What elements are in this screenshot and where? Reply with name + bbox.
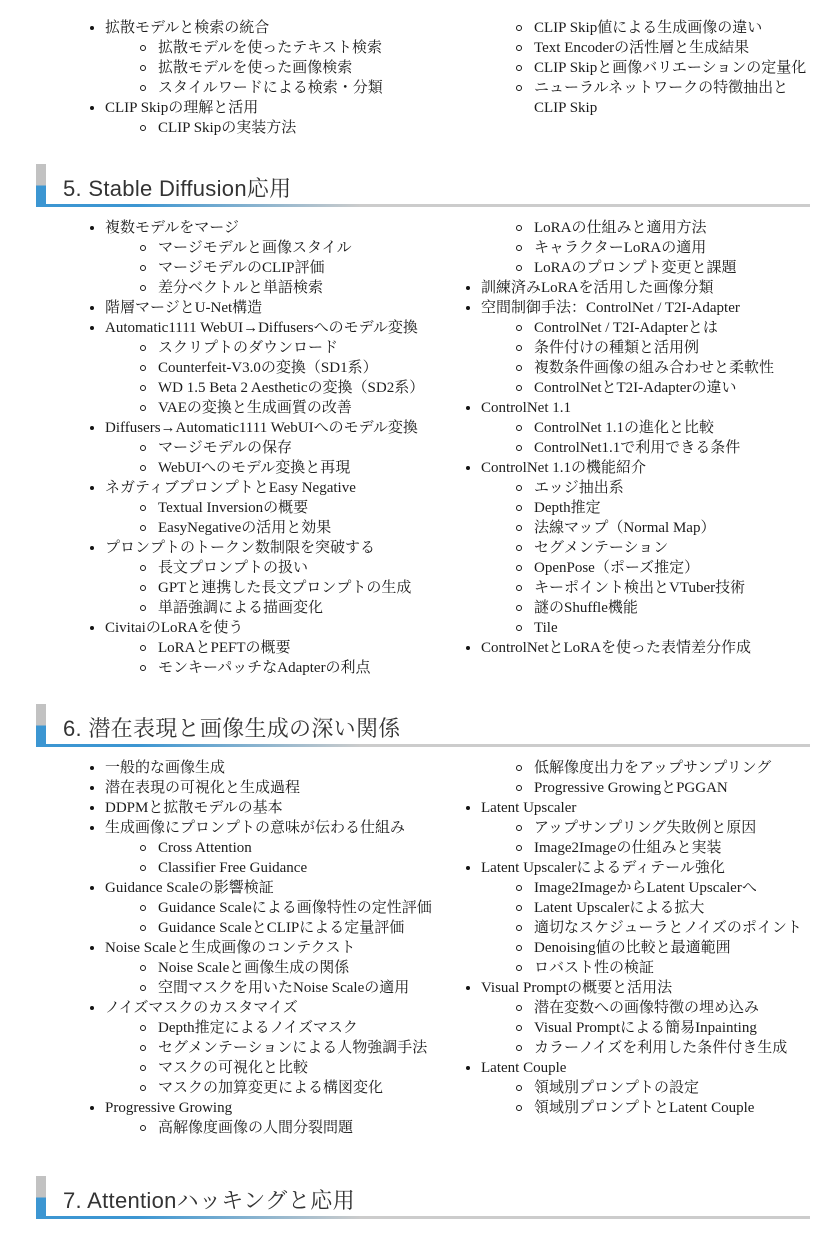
toc-item-text: DDPMと拡散モデルの基本 — [105, 800, 283, 816]
toc-item: 空間制御手法：ControlNet / T2I-Adapter — [456, 298, 810, 318]
circle-bullet-icon — [516, 825, 522, 831]
toc-item: Guidance Scaleの影響検証 — [80, 878, 434, 898]
toc-item: CLIP Skipと画像バリエーションの定量化 — [456, 58, 810, 78]
disc-bullet-icon — [90, 306, 94, 310]
toc-item-text: ControlNet1.1で利用できる条件 — [534, 440, 740, 456]
circle-bullet-icon — [516, 25, 522, 31]
disc-bullet-icon — [90, 226, 94, 230]
toc-item: 潜在変数への画像特徴の埋め込み — [456, 998, 810, 1018]
circle-bullet-icon — [516, 225, 522, 231]
circle-bullet-icon — [516, 325, 522, 331]
toc-column-right: CLIP Skip値による生成画像の違いText Encoderの活性層と生成結… — [456, 18, 810, 138]
toc-item: Guidance Scaleによる画像特性の定性評価 — [80, 898, 434, 918]
toc-item: DDPMと拡散モデルの基本 — [80, 798, 434, 818]
toc-item: ControlNet1.1で利用できる条件 — [456, 438, 810, 458]
circle-bullet-icon — [140, 985, 146, 991]
toc-item-text: カラーノイズを利用した条件付き生成 — [534, 1040, 787, 1056]
toc-item-text: エッジ抽出系 — [534, 480, 624, 496]
toc-item-text: Image2Imageの仕組みと実装 — [534, 840, 721, 856]
toc-item-text: ノイズマスクのカスタマイズ — [105, 1000, 298, 1016]
section-5: 5. Stable Diffusion応用複数モデルをマージマージモデルと画像ス… — [0, 164, 840, 678]
circle-bullet-icon — [140, 665, 146, 671]
toc-item-text: EasyNegativeの活用と効果 — [158, 520, 331, 536]
toc-item-text: マスクの加算変更による構図変化 — [158, 1080, 383, 1096]
disc-bullet-icon — [466, 286, 470, 290]
toc-item-text: 謎のShuffle機能 — [534, 600, 638, 616]
circle-bullet-icon — [140, 645, 146, 651]
disc-bullet-icon — [90, 26, 94, 30]
toc-item: モンキーパッチなAdapterの利点 — [80, 658, 434, 678]
toc-item: Text Encoderの活性層と生成結果 — [456, 38, 810, 58]
toc-item-text: Noise Scaleと生成画像のコンテクスト — [105, 940, 355, 956]
circle-bullet-icon — [516, 505, 522, 511]
disc-bullet-icon — [90, 426, 94, 430]
circle-bullet-icon — [140, 365, 146, 371]
toc-item: 差分ベクトルと単語検索 — [80, 278, 434, 298]
toc-item-text: ニューラルネットワークの特徴抽出とCLIP Skip — [534, 80, 788, 116]
circle-bullet-icon — [516, 525, 522, 531]
circle-bullet-icon — [140, 605, 146, 611]
toc-item-text: Guidance Scaleによる画像特性の定性評価 — [158, 900, 432, 916]
toc-item-text: ControlNetとLoRAを使った表情差分作成 — [481, 640, 751, 656]
toc-item: Latent Couple — [456, 1058, 810, 1078]
toc-columns: 一般的な画像生成潜在表現の可視化と生成過程DDPMと拡散モデルの基本生成画像にプ… — [80, 758, 810, 1138]
toc-item: キーポイント検出とVTuber技術 — [456, 578, 810, 598]
section-heading: 6. 潜在表現と画像生成の深い関係 — [36, 704, 810, 744]
toc-item-text: 空間制御手法：ControlNet / T2I-Adapter — [481, 300, 740, 316]
toc-item-text: キーポイント検出とVTuber技術 — [534, 580, 745, 596]
toc-item-text: WebUIへのモデル変換と再現 — [158, 460, 350, 476]
toc-item-text: Textual Inversionの概要 — [158, 500, 308, 516]
circle-bullet-icon — [516, 445, 522, 451]
toc-item: Classifier Free Guidance — [80, 858, 434, 878]
toc-item: 拡散モデルを使ったテキスト検索 — [80, 38, 434, 58]
circle-bullet-icon — [140, 1025, 146, 1031]
toc-item-text: Classifier Free Guidance — [158, 860, 307, 876]
toc-item-text: GPTと連携した長文プロンプトの生成 — [158, 580, 411, 596]
toc-item-text: OpenPose（ポーズ推定） — [534, 560, 699, 576]
toc-item-text: ロバスト性の検証 — [534, 960, 654, 976]
toc-item-text: 単語強調による描画変化 — [158, 600, 323, 616]
circle-bullet-icon — [140, 245, 146, 251]
toc-item-text: ControlNet 1.1の機能紹介 — [481, 460, 646, 476]
circle-bullet-icon — [140, 125, 146, 131]
circle-bullet-icon — [516, 485, 522, 491]
toc-item: 潜在表現の可視化と生成過程 — [80, 778, 434, 798]
toc-item-text: CLIP Skipの理解と活用 — [105, 100, 258, 116]
toc-item: 法線マップ（Normal Map） — [456, 518, 810, 538]
circle-bullet-icon — [516, 925, 522, 931]
toc-item-text: 拡散モデルと検索の統合 — [105, 20, 269, 36]
circle-bullet-icon — [140, 845, 146, 851]
heading-accent-bar-icon — [36, 164, 46, 207]
toc-item: アップサンプリング失敗例と原因 — [456, 818, 810, 838]
toc-item-text: Tile — [534, 620, 558, 636]
toc-item: Latent Upscalerによるディテール強化 — [456, 858, 810, 878]
toc-item: Cross Attention — [80, 838, 434, 858]
toc-item-text: Latent Upscalerによるディテール強化 — [481, 860, 725, 876]
toc-item: ノイズマスクのカスタマイズ — [80, 998, 434, 1018]
circle-bullet-icon — [516, 365, 522, 371]
toc-item-text: 生成画像にプロンプトの意味が伝わる仕組み — [105, 820, 405, 836]
section-4-continued: 拡散モデルと検索の統合拡散モデルを使ったテキスト検索拡散モデルを使った画像検索ス… — [0, 18, 840, 138]
toc-item-text: 適切なスケジューラとノイズのポイント — [534, 920, 802, 936]
toc-item: Latent Upscalerによる拡大 — [456, 898, 810, 918]
toc-item: ロバスト性の検証 — [456, 958, 810, 978]
toc-item: ControlNet / T2I-Adapterとは — [456, 318, 810, 338]
toc-item-text: セグメンテーションによる人物強調手法 — [158, 1040, 427, 1056]
circle-bullet-icon — [140, 345, 146, 351]
circle-bullet-icon — [516, 85, 522, 91]
toc-item-text: ネガティブプロンプトとEasy Negative — [105, 480, 356, 496]
toc-item-text: 長文プロンプトの扱い — [158, 560, 308, 576]
toc-item: OpenPose（ポーズ推定） — [456, 558, 810, 578]
disc-bullet-icon — [466, 466, 470, 470]
toc-item: 階層マージとU-Net構造 — [80, 298, 434, 318]
toc-item-text: ControlNet 1.1の進化と比較 — [534, 420, 714, 436]
toc-item-text: Automatic1111 WebUI→Diffusersへのモデル変換 — [105, 320, 418, 336]
circle-bullet-icon — [516, 345, 522, 351]
toc-item: Noise Scaleと画像生成の関係 — [80, 958, 434, 978]
toc-column-left: 複数モデルをマージマージモデルと画像スタイルマージモデルのCLIP評価差分ベクト… — [80, 218, 434, 678]
circle-bullet-icon — [140, 905, 146, 911]
circle-bullet-icon — [140, 85, 146, 91]
toc-item-text: Guidance Scaleの影響検証 — [105, 880, 274, 896]
toc-item: GPTと連携した長文プロンプトの生成 — [80, 578, 434, 598]
section-heading: 5. Stable Diffusion応用 — [36, 164, 810, 204]
toc-item-text: 差分ベクトルと単語検索 — [158, 280, 323, 296]
toc-item-text: Progressive Growing — [105, 1100, 232, 1116]
toc-item: 条件付けの種類と活用例 — [456, 338, 810, 358]
disc-bullet-icon — [90, 1006, 94, 1010]
toc-item-text: Progressive GrowingとPGGAN — [534, 780, 728, 796]
toc-item: ControlNetとT2I-Adapterの違い — [456, 378, 810, 398]
toc-item-text: Latent Couple — [481, 1060, 566, 1076]
toc-item-text: 空間マスクを用いたNoise Scaleの適用 — [158, 980, 409, 996]
toc-item: Tile — [456, 618, 810, 638]
toc-item: プロンプトのトークン数制限を突破する — [80, 538, 434, 558]
toc-page: 拡散モデルと検索の統合拡散モデルを使ったテキスト検索拡散モデルを使った画像検索ス… — [0, 0, 840, 1248]
circle-bullet-icon — [516, 545, 522, 551]
circle-bullet-icon — [516, 765, 522, 771]
toc-item: スクリプトのダウンロード — [80, 338, 434, 358]
toc-item-text: Noise Scaleと画像生成の関係 — [158, 960, 349, 976]
toc-item: Textual Inversionの概要 — [80, 498, 434, 518]
circle-bullet-icon — [140, 285, 146, 291]
circle-bullet-icon — [516, 905, 522, 911]
toc-root: 拡散モデルと検索の統合拡散モデルを使ったテキスト検索拡散モデルを使った画像検索ス… — [0, 18, 840, 1216]
toc-item: CLIP Skip値による生成画像の違い — [456, 18, 810, 38]
circle-bullet-icon — [516, 425, 522, 431]
toc-item: Depth推定 — [456, 498, 810, 518]
toc-item: 空間マスクを用いたNoise Scaleの適用 — [80, 978, 434, 998]
toc-item: マスクの加算変更による構図変化 — [80, 1078, 434, 1098]
circle-bullet-icon — [140, 1085, 146, 1091]
toc-item-text: LoRAのプロンプト変更と課題 — [534, 260, 737, 276]
toc-item: ControlNet 1.1の進化と比較 — [456, 418, 810, 438]
toc-item-text: WD 1.5 Beta 2 Aestheticの変換（SD2系） — [158, 380, 424, 396]
toc-item: 単語強調による描画変化 — [80, 598, 434, 618]
toc-item: Diffusers→Automatic1111 WebUIへのモデル変換 — [80, 418, 434, 438]
toc-item-text: 条件付けの種類と活用例 — [534, 340, 699, 356]
toc-column-right: LoRAの仕組みと適用方法キャラクターLoRAの適用LoRAのプロンプト変更と課… — [456, 218, 810, 678]
section-heading-text: 7. Attentionハッキングと応用 — [63, 1188, 355, 1213]
section-heading: 7. Attentionハッキングと応用 — [36, 1176, 810, 1216]
toc-item-text: 低解像度出力をアップサンプリング — [534, 760, 771, 776]
disc-bullet-icon — [90, 486, 94, 490]
toc-item-text: セグメンテーション — [534, 540, 668, 556]
toc-columns: 拡散モデルと検索の統合拡散モデルを使ったテキスト検索拡散モデルを使った画像検索ス… — [80, 18, 810, 138]
toc-item: 複数モデルをマージ — [80, 218, 434, 238]
toc-item-text: Depth推定 — [534, 500, 601, 516]
toc-item: 拡散モデルを使った画像検索 — [80, 58, 434, 78]
circle-bullet-icon — [516, 605, 522, 611]
disc-bullet-icon — [90, 786, 94, 790]
toc-item: ニューラルネットワークの特徴抽出とCLIP Skip — [456, 78, 810, 118]
toc-item: エッジ抽出系 — [456, 478, 810, 498]
toc-item: 拡散モデルと検索の統合 — [80, 18, 434, 38]
toc-item-text: キャラクターLoRAの適用 — [534, 240, 706, 256]
toc-item: Image2ImageからLatent Upscalerへ — [456, 878, 810, 898]
toc-item: 謎のShuffle機能 — [456, 598, 810, 618]
toc-item-text: Visual Promptによる簡易Inpainting — [534, 1020, 757, 1036]
toc-item-text: Visual Promptの概要と活用法 — [481, 980, 672, 996]
disc-bullet-icon — [90, 626, 94, 630]
toc-item: 一般的な画像生成 — [80, 758, 434, 778]
toc-item: Guidance ScaleとCLIPによる定量評価 — [80, 918, 434, 938]
toc-item-text: モンキーパッチなAdapterの利点 — [158, 660, 371, 676]
circle-bullet-icon — [516, 885, 522, 891]
circle-bullet-icon — [140, 65, 146, 71]
toc-item: Progressive GrowingとPGGAN — [456, 778, 810, 798]
toc-item: マージモデルの保存 — [80, 438, 434, 458]
toc-item: マスクの可視化と比較 — [80, 1058, 434, 1078]
toc-item: ControlNet 1.1の機能紹介 — [456, 458, 810, 478]
circle-bullet-icon — [516, 45, 522, 51]
disc-bullet-icon — [90, 106, 94, 110]
toc-item-text: スタイルワードによる検索・分類 — [158, 80, 383, 96]
toc-item: CivitaiのLoRAを使う — [80, 618, 434, 638]
toc-item: 複数条件画像の組み合わせと柔軟性 — [456, 358, 810, 378]
circle-bullet-icon — [140, 465, 146, 471]
toc-item-text: 法線マップ（Normal Map） — [534, 520, 715, 536]
circle-bullet-icon — [140, 1045, 146, 1051]
toc-item-text: Depth推定によるノイズマスク — [158, 1020, 358, 1036]
toc-item: Depth推定によるノイズマスク — [80, 1018, 434, 1038]
toc-item-text: Text Encoderの活性層と生成結果 — [534, 40, 749, 56]
disc-bullet-icon — [466, 406, 470, 410]
toc-item: ネガティブプロンプトとEasy Negative — [80, 478, 434, 498]
toc-item-text: Counterfeit-V3.0の変換（SD1系） — [158, 360, 378, 376]
circle-bullet-icon — [140, 925, 146, 931]
toc-item-text: Diffusers→Automatic1111 WebUIへのモデル変換 — [105, 420, 418, 436]
toc-item-text: LoRAとPEFTの概要 — [158, 640, 291, 656]
circle-bullet-icon — [140, 965, 146, 971]
circle-bullet-icon — [516, 385, 522, 391]
toc-item: WD 1.5 Beta 2 Aestheticの変換（SD2系） — [80, 378, 434, 398]
toc-item: ControlNet 1.1 — [456, 398, 810, 418]
toc-item-text: ControlNet 1.1 — [481, 400, 571, 416]
toc-item: Automatic1111 WebUI→Diffusersへのモデル変換 — [80, 318, 434, 338]
toc-item: EasyNegativeの活用と効果 — [80, 518, 434, 538]
toc-item-text: CLIP Skipの実装方法 — [158, 120, 296, 136]
toc-item: Visual Promptによる簡易Inpainting — [456, 1018, 810, 1038]
circle-bullet-icon — [140, 385, 146, 391]
toc-item-text: スクリプトのダウンロード — [158, 340, 338, 356]
toc-item-text: ControlNetとT2I-Adapterの違い — [534, 380, 736, 396]
circle-bullet-icon — [140, 45, 146, 51]
circle-bullet-icon — [516, 1085, 522, 1091]
section-heading-text: 5. Stable Diffusion応用 — [63, 176, 291, 201]
toc-item-text: 領域別プロンプトの設定 — [534, 1080, 699, 1096]
circle-bullet-icon — [140, 265, 146, 271]
toc-item-text: 一般的な画像生成 — [105, 760, 225, 776]
toc-item: VAEの変換と生成画質の改善 — [80, 398, 434, 418]
circle-bullet-icon — [516, 585, 522, 591]
circle-bullet-icon — [516, 1005, 522, 1011]
toc-item-text: Denoising値の比較と最適範囲 — [534, 940, 731, 956]
toc-item-text: 拡散モデルを使った画像検索 — [158, 60, 352, 76]
toc-item: ControlNetとLoRAを使った表情差分作成 — [456, 638, 810, 658]
disc-bullet-icon — [466, 866, 470, 870]
toc-item: セグメンテーションによる人物強調手法 — [80, 1038, 434, 1058]
section-7: 7. Attentionハッキングと応用 — [0, 1176, 840, 1216]
circle-bullet-icon — [140, 525, 146, 531]
toc-item-text: Latent Upscaler — [481, 800, 576, 816]
toc-item: 低解像度出力をアップサンプリング — [456, 758, 810, 778]
toc-item-text: プロンプトのトークン数制限を突破する — [105, 540, 375, 556]
circle-bullet-icon — [516, 65, 522, 71]
toc-item: カラーノイズを利用した条件付き生成 — [456, 1038, 810, 1058]
disc-bullet-icon — [90, 546, 94, 550]
circle-bullet-icon — [140, 585, 146, 591]
circle-bullet-icon — [140, 1065, 146, 1071]
toc-item: LoRAとPEFTの概要 — [80, 638, 434, 658]
toc-item: LoRAの仕組みと適用方法 — [456, 218, 810, 238]
disc-bullet-icon — [466, 1066, 470, 1070]
toc-item: マージモデルのCLIP評価 — [80, 258, 434, 278]
toc-item-text: CLIP Skipと画像バリエーションの定量化 — [534, 60, 806, 76]
circle-bullet-icon — [516, 625, 522, 631]
toc-column-left: 拡散モデルと検索の統合拡散モデルを使ったテキスト検索拡散モデルを使った画像検索ス… — [80, 18, 434, 138]
toc-item: マージモデルと画像スタイル — [80, 238, 434, 258]
disc-bullet-icon — [90, 766, 94, 770]
circle-bullet-icon — [140, 405, 146, 411]
circle-bullet-icon — [516, 265, 522, 271]
toc-item: キャラクターLoRAの適用 — [456, 238, 810, 258]
disc-bullet-icon — [90, 826, 94, 830]
toc-item-text: LoRAの仕組みと適用方法 — [534, 220, 707, 236]
toc-item: 生成画像にプロンプトの意味が伝わる仕組み — [80, 818, 434, 838]
toc-column-right: 低解像度出力をアップサンプリングProgressive GrowingとPGGA… — [456, 758, 810, 1138]
disc-bullet-icon — [466, 646, 470, 650]
toc-item-text: 訓練済みLoRAを活用した画像分類 — [481, 280, 714, 296]
toc-item: Visual Promptの概要と活用法 — [456, 978, 810, 998]
toc-item: Noise Scaleと生成画像のコンテクスト — [80, 938, 434, 958]
toc-item: 長文プロンプトの扱い — [80, 558, 434, 578]
toc-column-left: 一般的な画像生成潜在表現の可視化と生成過程DDPMと拡散モデルの基本生成画像にプ… — [80, 758, 434, 1138]
toc-item-text: ControlNet / T2I-Adapterとは — [534, 320, 718, 336]
toc-item: Image2Imageの仕組みと実装 — [456, 838, 810, 858]
toc-item: 領域別プロンプトの設定 — [456, 1078, 810, 1098]
circle-bullet-icon — [516, 1025, 522, 1031]
toc-item: セグメンテーション — [456, 538, 810, 558]
circle-bullet-icon — [516, 1045, 522, 1051]
toc-item-text: アップサンプリング失敗例と原因 — [534, 820, 756, 836]
toc-item-text: 潜在変数への画像特徴の埋め込み — [534, 1000, 759, 1016]
toc-item-text: 拡散モデルを使ったテキスト検索 — [158, 40, 382, 56]
disc-bullet-icon — [466, 806, 470, 810]
toc-item: 適切なスケジューラとノイズのポイント — [456, 918, 810, 938]
toc-item-text: 階層マージとU-Net構造 — [105, 300, 262, 316]
circle-bullet-icon — [140, 865, 146, 871]
circle-bullet-icon — [140, 1125, 146, 1131]
heading-accent-bar-icon — [36, 704, 46, 747]
circle-bullet-icon — [516, 565, 522, 571]
toc-item: Counterfeit-V3.0の変換（SD1系） — [80, 358, 434, 378]
toc-item: CLIP Skipの理解と活用 — [80, 98, 434, 118]
toc-item-text: 複数モデルをマージ — [105, 220, 239, 236]
toc-item: Denoising値の比較と最適範囲 — [456, 938, 810, 958]
toc-item-text: Cross Attention — [158, 840, 252, 856]
disc-bullet-icon — [466, 306, 470, 310]
toc-item: Latent Upscaler — [456, 798, 810, 818]
toc-item-text: CivitaiのLoRAを使う — [105, 620, 243, 636]
toc-item: LoRAのプロンプト変更と課題 — [456, 258, 810, 278]
toc-item-text: Guidance ScaleとCLIPによる定量評価 — [158, 920, 404, 936]
circle-bullet-icon — [516, 245, 522, 251]
toc-item: 高解像度画像の人間分裂問題 — [80, 1118, 434, 1138]
disc-bullet-icon — [90, 1106, 94, 1110]
toc-item: Progressive Growing — [80, 1098, 434, 1118]
toc-item-text: Image2ImageからLatent Upscalerへ — [534, 880, 757, 896]
toc-item-text: 複数条件画像の組み合わせと柔軟性 — [534, 360, 774, 376]
disc-bullet-icon — [466, 986, 470, 990]
toc-item: CLIP Skipの実装方法 — [80, 118, 434, 138]
disc-bullet-icon — [90, 806, 94, 810]
toc-item: WebUIへのモデル変換と再現 — [80, 458, 434, 478]
section-6: 6. 潜在表現と画像生成の深い関係一般的な画像生成潜在表現の可視化と生成過程DD… — [0, 704, 840, 1138]
circle-bullet-icon — [140, 445, 146, 451]
disc-bullet-icon — [90, 946, 94, 950]
toc-item-text: マスクの可視化と比較 — [158, 1060, 308, 1076]
circle-bullet-icon — [516, 1105, 522, 1111]
heading-accent-bar-icon — [36, 1176, 46, 1219]
toc-item: 領域別プロンプトとLatent Couple — [456, 1098, 810, 1118]
toc-item-text: CLIP Skip値による生成画像の違い — [534, 20, 762, 36]
circle-bullet-icon — [516, 845, 522, 851]
disc-bullet-icon — [90, 326, 94, 330]
circle-bullet-icon — [140, 565, 146, 571]
toc-item-text: Latent Upscalerによる拡大 — [534, 900, 704, 916]
toc-item-text: マージモデルのCLIP評価 — [158, 260, 324, 276]
toc-columns: 複数モデルをマージマージモデルと画像スタイルマージモデルのCLIP評価差分ベクト… — [80, 218, 810, 678]
toc-item-text: マージモデルの保存 — [158, 440, 292, 456]
disc-bullet-icon — [90, 886, 94, 890]
toc-item-text: 領域別プロンプトとLatent Couple — [534, 1100, 754, 1116]
toc-item: 訓練済みLoRAを活用した画像分類 — [456, 278, 810, 298]
toc-item-text: VAEの変換と生成画質の改善 — [158, 400, 352, 416]
toc-item-text: マージモデルと画像スタイル — [158, 240, 352, 256]
circle-bullet-icon — [516, 785, 522, 791]
toc-item-text: 高解像度画像の人間分裂問題 — [158, 1120, 353, 1136]
section-heading-text: 6. 潜在表現と画像生成の深い関係 — [63, 716, 401, 741]
toc-item-text: 潜在表現の可視化と生成過程 — [105, 780, 300, 796]
circle-bullet-icon — [516, 965, 522, 971]
circle-bullet-icon — [140, 505, 146, 511]
toc-item: スタイルワードによる検索・分類 — [80, 78, 434, 98]
circle-bullet-icon — [516, 945, 522, 951]
